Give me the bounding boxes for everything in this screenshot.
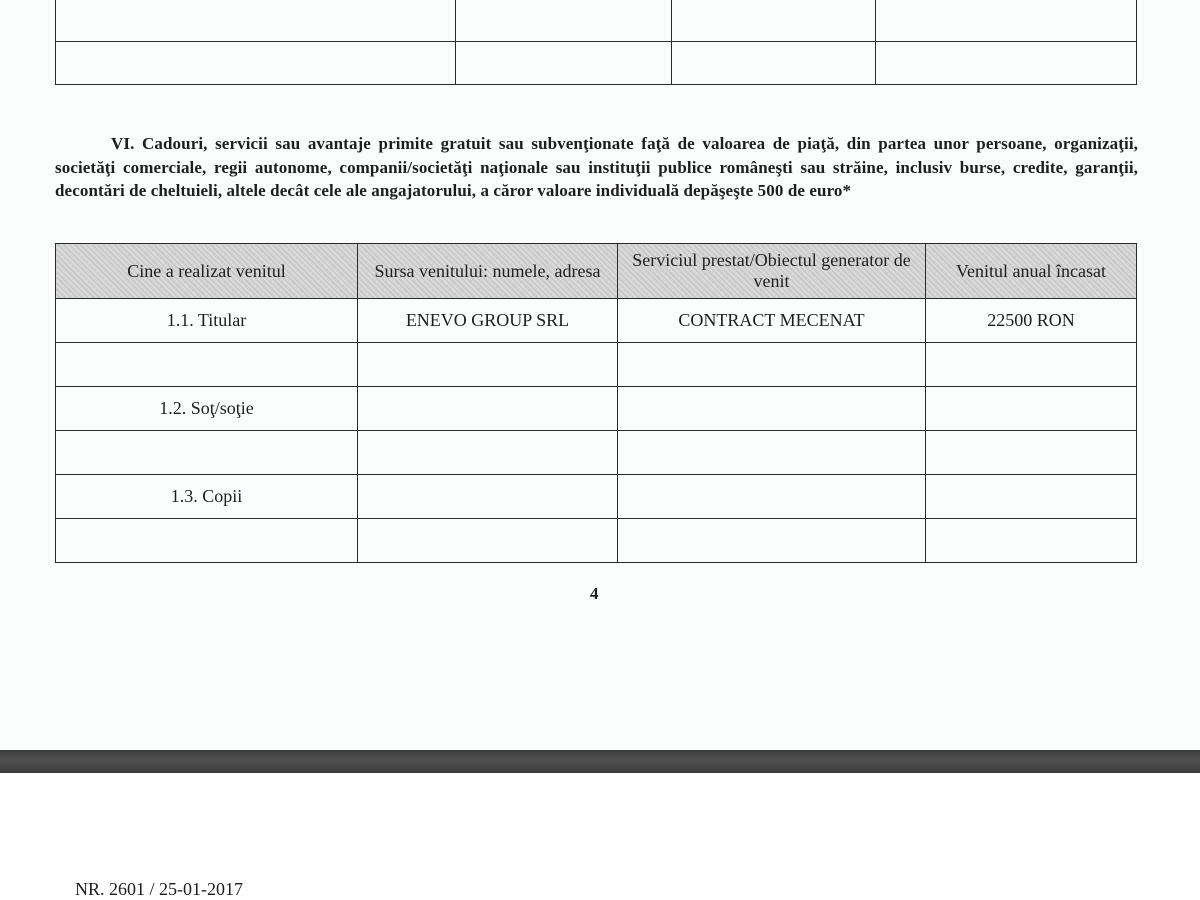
table-cell [358,431,618,475]
table-cell [926,431,1137,475]
table-row [56,519,1137,563]
table-row: 1.3. Copii [56,475,1137,519]
table-cell [56,0,456,42]
table-cell [618,343,926,387]
table-row [56,42,1137,85]
page-number: 4 [590,584,599,604]
section-heading: VI. Cadouri, servicii sau avantaje primi… [55,132,1138,203]
table-cell [618,387,926,431]
table-cell [876,0,1137,42]
table-cell [358,475,618,519]
table-cell [358,343,618,387]
column-header: Cine a realizat venitul [56,244,358,299]
table-cell [56,519,358,563]
table-cell [672,0,876,42]
table-cell [672,42,876,85]
table-cell [876,42,1137,85]
column-header: Serviciul prestat/Obiectul generator de … [618,244,926,299]
table-cell [455,42,672,85]
table-cell [926,475,1137,519]
table-cell: ENEVO GROUP SRL [358,299,618,343]
table-cell: 1.1. Titular [56,299,358,343]
previous-section-table [55,0,1137,85]
table-header-row: Cine a realizat venitul Sursa venitului:… [56,244,1137,299]
table-row: 1.1. Titular ENEVO GROUP SRL CONTRACT ME… [56,299,1137,343]
table-cell [926,519,1137,563]
table-row [56,0,1137,42]
column-header: Sursa venitului: numele, adresa [358,244,618,299]
table-row: 1.2. Soţ/soţie [56,387,1137,431]
table-row [56,343,1137,387]
table-row [56,431,1137,475]
table-cell [56,343,358,387]
table-cell [618,519,926,563]
table-cell: CONTRACT MECENAT [618,299,926,343]
table-cell [926,387,1137,431]
table-cell [358,387,618,431]
table-cell [618,431,926,475]
table-cell: 1.3. Copii [56,475,358,519]
table-cell [455,0,672,42]
table-cell: 1.2. Soţ/soţie [56,387,358,431]
column-header: Venitul anual încasat [926,244,1137,299]
table-cell [358,519,618,563]
table-cell [618,475,926,519]
registration-number: NR. 2601 / 25-01-2017 [75,879,243,900]
table-cell [926,343,1137,387]
page-separator [0,750,1200,773]
table-cell [56,431,358,475]
gifts-table: Cine a realizat venitul Sursa venitului:… [55,243,1137,563]
table-cell: 22500 RON [926,299,1137,343]
table-cell [56,42,456,85]
